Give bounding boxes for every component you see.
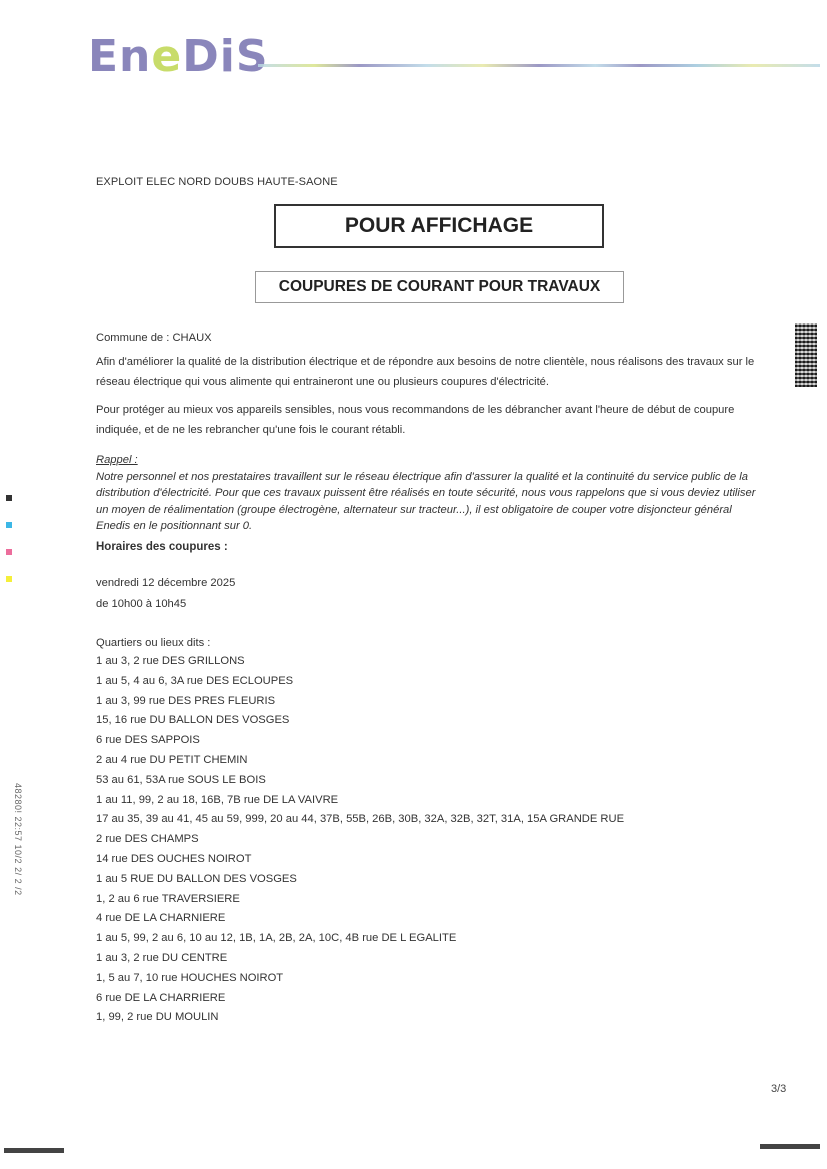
street-item: 15, 16 rue DU BALLON DES VOSGES [96, 711, 624, 731]
street-item: 1, 99, 2 rue DU MOULIN [96, 1008, 624, 1028]
datamatrix-code [795, 323, 817, 387]
street-item: 1, 5 au 7, 10 rue HOUCHES NOIROT [96, 969, 624, 989]
street-item: 1 au 5 RUE DU BALLON DES VOSGES [96, 870, 624, 890]
main-title-box: POUR AFFICHAGE [274, 204, 604, 248]
street-item: 6 rue DE LA CHARRIERE [96, 989, 624, 1009]
schedule-title: Horaires des coupures : [96, 537, 228, 557]
page-number: 3/3 [771, 1083, 786, 1095]
street-item: 17 au 35, 39 au 41, 45 au 59, 999, 20 au… [96, 810, 624, 830]
street-item: 1 au 3, 99 rue DES PRES FLEURIS [96, 692, 624, 712]
intro-paragraph: Afin d'améliorer la qualité de la distri… [96, 352, 764, 392]
street-item: 1 au 11, 99, 2 au 18, 16B, 7B rue DE LA … [96, 791, 624, 811]
street-item: 4 rue DE LA CHARNIERE [96, 909, 624, 929]
street-list: 1 au 3, 2 rue DES GRILLONS 1 au 5, 4 au … [96, 652, 624, 1028]
logo-text-1: En [88, 31, 151, 82]
scan-mark-bottom-right [760, 1144, 820, 1149]
street-item: 53 au 61, 53A rue SOUS LE BOIS [96, 771, 624, 791]
logo-text-3: DiS [182, 31, 268, 82]
outage-date: vendredi 12 décembre 2025 [96, 573, 235, 593]
street-item: 1 au 5, 4 au 6, 3A rue DES ECLOUPES [96, 672, 624, 692]
subtitle-box: COUPURES DE COURANT POUR TRAVAUX [255, 271, 624, 303]
reminder-text: Notre personnel et nos prestataires trav… [96, 469, 764, 535]
registration-mark-magenta [6, 549, 12, 555]
commune-label: Commune de : CHAUX [96, 328, 212, 348]
street-item: 1, 2 au 6 rue TRAVERSIERE [96, 890, 624, 910]
street-item: 14 rue DES OUCHES NOIROT [96, 850, 624, 870]
street-item: 2 rue DES CHAMPS [96, 830, 624, 850]
subtitle: COUPURES DE COURANT POUR TRAVAUX [279, 278, 601, 296]
registration-mark-black [6, 495, 12, 501]
street-item: 6 rue DES SAPPOIS [96, 731, 624, 751]
areas-title: Quartiers ou lieux dits : [96, 633, 210, 653]
reminder-block: Rappel : Notre personnel et nos prestata… [96, 452, 764, 535]
registration-mark-yellow [6, 576, 12, 582]
header-rule [258, 64, 820, 67]
print-side-text: 48280! 22:57 10/2 2/ 2 /2 [13, 783, 23, 943]
outage-time: de 10h00 à 10h45 [96, 594, 186, 614]
street-item: 1 au 3, 2 rue DES GRILLONS [96, 652, 624, 672]
logo-text-2: e [151, 31, 182, 82]
registration-mark-cyan [6, 522, 12, 528]
main-title: POUR AFFICHAGE [345, 214, 533, 238]
enedis-logo: EneDiS [88, 32, 269, 82]
street-item: 1 au 3, 2 rue DU CENTRE [96, 949, 624, 969]
street-item: 2 au 4 rue DU PETIT CHEMIN [96, 751, 624, 771]
street-item: 1 au 5, 99, 2 au 6, 10 au 12, 1B, 1A, 2B… [96, 929, 624, 949]
advice-paragraph: Pour protéger au mieux vos appareils sen… [96, 400, 764, 440]
scan-mark-bottom-left [4, 1148, 64, 1153]
department-label: EXPLOIT ELEC NORD DOUBS HAUTE-SAONE [96, 176, 338, 188]
reminder-title: Rappel : [96, 452, 764, 469]
